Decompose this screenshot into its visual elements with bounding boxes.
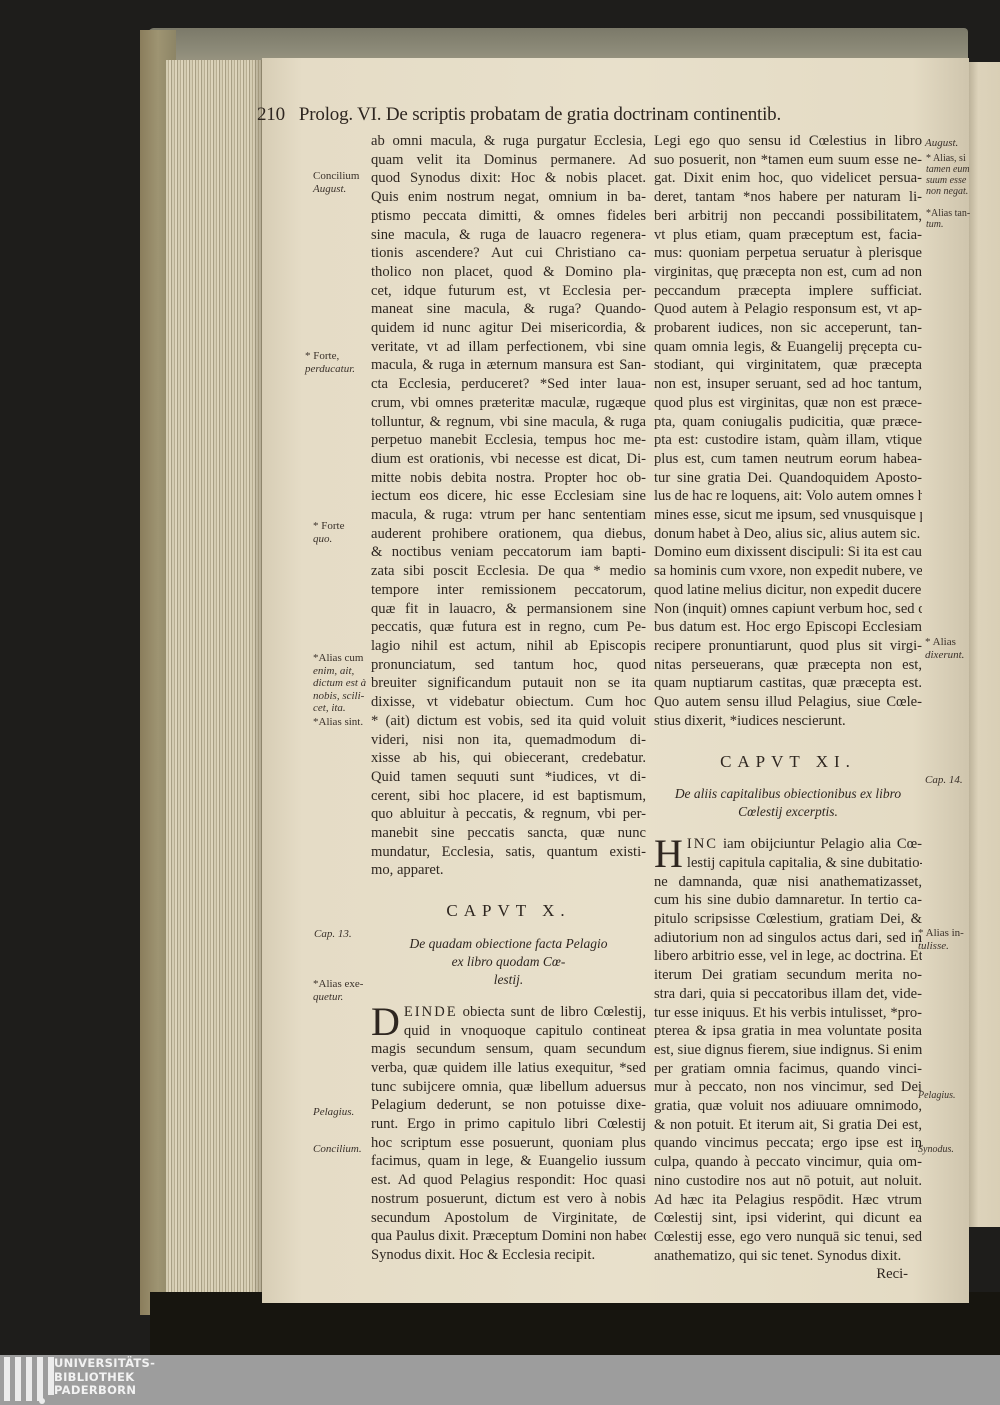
text-line: Synodus dixit. Hoc & Ecclesia recipit. xyxy=(371,1246,646,1265)
text-line: deret, tantam *nos habere per naturam li… xyxy=(654,188,922,207)
marginal-note-line: Pelagius. xyxy=(918,1090,956,1103)
dropcap-d: D xyxy=(371,1005,400,1039)
marginal-note-line: *Alias cum xyxy=(313,652,366,665)
text-line: quam nuptiarum castitas, quæ præcepta es… xyxy=(654,674,922,693)
running-head-title: Prolog. VI. De scriptis probatam de grat… xyxy=(299,104,781,125)
text-line: est, siue dignus fierem, siue indignus. … xyxy=(654,1041,922,1060)
chapter-x-subtitle: De quadam obiectione facta Pelagio ex li… xyxy=(371,935,646,989)
chapter-xi-body: H INCiam obijciuntur Pelagio alia Cœ-les… xyxy=(654,835,922,1284)
chapter-xi-subtitle-line: Cœlestij excerptis. xyxy=(654,803,922,821)
text-line: videri, nisi non ita, quemadmodum di- xyxy=(371,731,646,750)
text-line: suo posuerit, non *tamen eum suum esse n… xyxy=(654,151,922,170)
text-line: Quod autem à Pelagio responsum est, vt a… xyxy=(654,300,922,319)
text-line: * (ait) dictum est vobis, sed ita quid v… xyxy=(371,712,646,731)
logo-line: BIBLIOTHEK xyxy=(54,1371,155,1385)
running-head: 210Prolog. VI. De scriptis probatam de g… xyxy=(257,104,917,126)
marginal-note-line: dixerunt. xyxy=(925,649,964,662)
text-line: recipere pronuntiarunt, quod plus sit vi… xyxy=(654,637,922,656)
marginal-note-cap-13: Cap. 13. xyxy=(314,928,352,941)
marginal-note-line: tum. xyxy=(926,219,970,230)
text-line: quod latine melius dicitur, non expedit … xyxy=(654,581,922,600)
text-line: obiecta sunt de libro Cœlestij, xyxy=(463,1003,646,1022)
text-line: cerent, sibi hoc placere, id est baptism… xyxy=(371,787,646,806)
text-line: tur sine gratia Dei. Quandoquidem Aposto… xyxy=(654,469,922,488)
text-line: iam obijciuntur Pelagio alia Cœ- xyxy=(723,835,922,854)
text-line: pitulo scripsisse Cœlestium, gratiam Dei… xyxy=(654,910,922,929)
marginal-note-line: cet, ita. xyxy=(313,702,366,715)
text-line: nitas perseuerans, quæ præcepta non est, xyxy=(654,656,922,675)
marginal-note-line: quo. xyxy=(313,533,344,546)
page-number: 210 xyxy=(257,104,285,125)
text-line: dium est orationis, vbi necesse est dica… xyxy=(371,450,646,469)
text-line: pta, quam coniugalis pudicitia, quæ præc… xyxy=(654,413,922,432)
dropcap-h: H xyxy=(654,837,683,871)
marginal-note: Synodus. xyxy=(918,1144,954,1157)
text-line: mundatur, Ecclesia, satis, quantum exist… xyxy=(371,843,646,862)
marginal-note: *Alias tan- tum. xyxy=(926,208,970,230)
marginal-note-cap-14: Cap. 14. xyxy=(925,774,963,787)
text-line: quod plus est virginitas, quæ non est pr… xyxy=(654,394,922,413)
marginal-note-line: nobis, scili- xyxy=(313,690,366,703)
text-line: macula, & ruga: vtrum per hanc sententia… xyxy=(371,506,646,525)
text-line: quam velit ita Dominus permanere. Ad xyxy=(371,151,646,170)
text-line: secundum Apostolum de Virginitate, de xyxy=(371,1209,646,1228)
chapter-x-title: CAPVT X. xyxy=(371,902,646,921)
marginal-note-line: *Alias sint. xyxy=(313,716,363,729)
chapter-xi-subtitle-line: De aliis capitalibus obiectionibus ex li… xyxy=(654,785,922,803)
marginal-note: *Alias sint. xyxy=(313,716,363,729)
text-line: zata sibi poscit Ecclesia. De qua * medi… xyxy=(371,562,646,581)
text-line: breuiter significandum putauit non se it… xyxy=(371,674,646,693)
text-line: tholico non placet, quod & Domino pla- xyxy=(371,263,646,282)
text-line: tempore inter remissionem peccatorum, xyxy=(371,581,646,600)
marginal-note-line: non negat. xyxy=(926,186,970,197)
marginal-note: August. xyxy=(925,137,958,150)
chapter-x-body: D EINDEobiecta sunt de libro Cœlestij,qu… xyxy=(371,1003,646,1265)
text-line: tionis ascendere? Aut cui Christiano ca- xyxy=(371,244,646,263)
left-column: ab omni macula, & ruga purgatur Ecclesia… xyxy=(371,132,646,1265)
text-line: gat. Dixit enim hoc, quo videlicet persu… xyxy=(654,169,922,188)
text-line: Cœlestij sint, ipsi viderint, qui dicunt… xyxy=(654,1209,922,1228)
text-line: cet, idque futurum est, vt Ecclesia per- xyxy=(371,282,646,301)
text-line: facimus, quam in lege, & Euangelio iussu… xyxy=(371,1152,646,1171)
book-scan: 210Prolog. VI. De scriptis probatam de g… xyxy=(0,0,1000,1355)
text-line: anathematizo, qui sic tenet. Synodus dix… xyxy=(654,1247,922,1266)
text-line: tur esse iniquus. Et his verbis intuliss… xyxy=(654,1004,922,1023)
text-line: non est, insuper seruant, sed ad hoc tan… xyxy=(654,375,922,394)
text-line: macula, & ruga in æternum mansura est Sa… xyxy=(371,356,646,375)
text-line: verba, quæ quidem ille latius exequitur,… xyxy=(371,1059,646,1078)
marginal-note: Concilium. xyxy=(313,1143,362,1156)
library-logo-dot-icon xyxy=(39,1398,45,1404)
text-line: sine macula, & ruga de lauacro regenera- xyxy=(371,226,646,245)
text-line: stius dixerit, *iudices nescierunt. xyxy=(654,712,922,731)
marginal-note-line: * Alias, si xyxy=(926,153,970,164)
text-line: hoc scriptum esse posuerunt, quoniam plu… xyxy=(371,1134,646,1153)
text-line: mur à peccato, non nos vincimur, sed Dei xyxy=(654,1078,922,1097)
text-line: probarent iudices, non sic acceperunt, t… xyxy=(654,319,922,338)
text-line: tolluntur, & regnum, vbi sine macula, & … xyxy=(371,413,646,432)
text-line: libero arbitrio esse, vel in lege, ac do… xyxy=(654,947,922,966)
text-line: stra dari, quia si peccatoribus illam de… xyxy=(654,985,922,1004)
text-line: Ad hæc ita Pelagius respōdit. Hæc vtrum xyxy=(654,1191,922,1210)
marginal-note-line: Cap. 14. xyxy=(925,774,963,787)
marginal-note: * Forte, perducatur. xyxy=(305,350,355,375)
marginal-note: * Alias dixerunt. xyxy=(925,636,964,661)
logo-line: PADERBORN xyxy=(54,1384,155,1398)
marginal-note-line: * Alias xyxy=(925,636,964,649)
text-line: dixisse, vt videbatur obiectum. Cum hoc xyxy=(371,693,646,712)
text-line: Cœlestij esse, ego vero nunquā sic tenui… xyxy=(654,1228,922,1247)
marginal-note-line: * Forte, xyxy=(305,350,355,363)
text-line: runt. Ergo in primo capitulo libri Cœles… xyxy=(371,1115,646,1134)
text-line: qua Paulus dixit. Præceptum Domini non h… xyxy=(371,1227,646,1246)
text-line: iectum eos dicere, hic esse Ecclesiam si… xyxy=(371,487,646,506)
text-line: nostrum posuerunt, dictum est vero à nob… xyxy=(371,1190,646,1209)
text-line: lus de hac re loquens, ait: Volo autem o… xyxy=(654,487,922,506)
opening-word-smallcaps: INC xyxy=(687,835,718,854)
text-line: adiutorium non ad singulos actus dari, s… xyxy=(654,929,922,948)
text-line: pronunciatum, sed tantum hoc, quod xyxy=(371,656,646,675)
text-line: iterum Dei gratiam secundum merita no- xyxy=(654,966,922,985)
text-line: quid in vnoquoque capitulo contineat xyxy=(404,1022,646,1041)
text-line: cum his sine dubio damnaretur. In tertio… xyxy=(654,891,922,910)
marginal-note-line: tamen eum xyxy=(926,164,970,175)
opening-word-smallcaps: EINDE xyxy=(404,1003,458,1022)
text-line: mo, apparet. xyxy=(371,861,646,880)
left-column-text-block: ab omni macula, & ruga purgatur Ecclesia… xyxy=(371,132,646,880)
text-line: nino custodire nos aut nō potuit, aut no… xyxy=(654,1172,922,1191)
marginal-note: *Alias cum enim, ait, dictum est à nobis… xyxy=(313,652,366,715)
right-column: Legi ego quo sensu id Cœlestius in libro… xyxy=(654,132,922,1284)
logo-line: UNIVERSITÄTS- xyxy=(54,1357,155,1371)
marginal-note-line: perducatur. xyxy=(305,363,355,376)
marginal-note-line: *Alias exe- xyxy=(313,978,363,991)
text-line: culpa, quando à peccato vincimur, quia o… xyxy=(654,1153,922,1172)
chapter-x-subtitle-line: ex libro quodam Cœ- xyxy=(371,953,646,971)
chapter-x-subtitle-line: De quadam obiectione facta Pelagio xyxy=(371,935,646,953)
text-line: mines esse, sicut me ipsum, sed vnusquis… xyxy=(654,506,922,525)
text-line: bus datum est. Hoc ergo Episcopi Ecclesi… xyxy=(654,618,922,637)
marginal-note-line: Concilium. xyxy=(313,1143,362,1156)
text-line: quam omnia legis, & Euangelij pręcepta c… xyxy=(654,338,922,357)
marginal-note-line: Synodus. xyxy=(918,1144,954,1157)
marginal-note: * Alias, si tamen eum suum esse non nega… xyxy=(926,153,970,197)
marginal-note: * Alias in- tulisse. xyxy=(918,927,964,952)
page-block-edges xyxy=(166,60,262,1303)
text-line: ptismo peccata dimitti, & omnes fideles xyxy=(371,207,646,226)
library-logo-text[interactable]: UNIVERSITÄTS- BIBLIOTHEK PADERBORN xyxy=(54,1357,155,1398)
text-line: pterea & ipsa gratia in mea voluntate po… xyxy=(654,1022,922,1041)
marginal-note-line: suum esse xyxy=(926,175,970,186)
footer-bar: UNIVERSITÄTS- BIBLIOTHEK PADERBORN xyxy=(0,1355,1000,1405)
text-line: beri arbitrij non peccandi possibilitate… xyxy=(654,207,922,226)
text-line: per gratiam omnia facimus, quando vinci- xyxy=(654,1060,922,1079)
text-line: Domino eum dixissent discipuli: Si ita e… xyxy=(654,543,922,562)
text-line: xisse ab his, qui obiecerant, credebatur… xyxy=(371,749,646,768)
marginal-note-line: *Alias tan- xyxy=(926,208,970,219)
text-line: magis secundum sensum, quam secundum xyxy=(371,1040,646,1059)
text-line: pta est: custodire istam, quàm illam, vt… xyxy=(654,431,922,450)
text-line: Non (inquit) omnes capiunt verbum hoc, s… xyxy=(654,600,922,619)
text-line: lagio nihil est actum, nihil ab Episcopi… xyxy=(371,637,646,656)
marginal-note-line: enim, ait, xyxy=(313,665,366,678)
text-line: lestij capitula capitalia, & sine dubita… xyxy=(687,854,922,873)
text-line: peccatis, quæ futura est in regno, cum P… xyxy=(371,618,646,637)
text-line: est. Ad quod Pelagius respondit: Hoc qua… xyxy=(371,1171,646,1190)
marginal-note: * Forte quo. xyxy=(313,520,344,545)
marginal-note-line: * Forte xyxy=(313,520,344,533)
marginal-note-line: August. xyxy=(313,183,359,196)
text-line: cta Ecclesia, perduceret? *Sed inter lau… xyxy=(371,375,646,394)
marginal-note: Concilium August. xyxy=(313,170,359,195)
text-line: tunc subijcere omnia, quæ libellum aduer… xyxy=(371,1078,646,1097)
text-line: sa hominis cum vxore, non expedit nubere… xyxy=(654,562,922,581)
text-line: auderent prohibere orationem, qua diebus… xyxy=(371,525,646,544)
text-line: manebit sine peccatis sancta, quæ nunc xyxy=(371,824,646,843)
text-line: perpetuo manebit Ecclesia, tempus hoc me… xyxy=(371,431,646,450)
marginal-note: *Alias exe- quetur. xyxy=(313,978,363,1003)
text-line: vt plus etiam, quam præceptum est, facia… xyxy=(654,226,922,245)
text-line: veritate, vt ad illam perfectionem, vbi … xyxy=(371,338,646,357)
text-line: & non potuit. Et iterum ait, Si gratia D… xyxy=(654,1116,922,1135)
right-column-text-block: Legi ego quo sensu id Cœlestius in libro… xyxy=(654,132,922,731)
text-line: crum, vbi omnes præteritæ maculæ, rugæqu… xyxy=(371,394,646,413)
text-line: Quo autem sensu illud Pelagius, siue Cœl… xyxy=(654,693,922,712)
text-line: quidem id nunc agitur Dei misericordia, … xyxy=(371,319,646,338)
marginal-note-line: tulisse. xyxy=(918,940,964,953)
text-line: donum habet à Deo, alius sic, alius aute… xyxy=(654,525,922,544)
marginal-note-line: Pelagius. xyxy=(313,1106,354,1119)
text-line: & noctibus veniam peccatorum iam bapti- xyxy=(371,543,646,562)
text-line: quod Synodus dixit: Hoc & nobis placet. xyxy=(371,169,646,188)
marginal-note-line: dictum est à xyxy=(313,677,366,690)
text-line: quando vincimus peccata; ergo ipse est i… xyxy=(654,1134,922,1153)
marginal-note-line: Cap. 13. xyxy=(314,928,352,941)
text-line: stodiant, qui virginitatem, quæ præcepta xyxy=(654,356,922,375)
text-line: Quid tamen sequuti sunt *iudices, vt di- xyxy=(371,768,646,787)
marginal-note-line: quetur. xyxy=(313,991,363,1004)
text-line: ne damnanda, quæ nisi anathematizasset, xyxy=(654,873,922,892)
text-line: mitte nobis debita nostra. Propter hoc o… xyxy=(371,469,646,488)
text-line: gratia, quæ voluit nos adiuuare omnimodo… xyxy=(654,1097,922,1116)
catchword: Reci- xyxy=(654,1265,922,1284)
chapter-xi-title: CAPVT XI. xyxy=(654,753,922,772)
text-line: maneat sine macula, & ruga? Quando- xyxy=(371,300,646,319)
chapter-xi-subtitle: De aliis capitalibus obiectionibus ex li… xyxy=(654,785,922,821)
text-line: Quis enim nostrum negat, omnium in ba- xyxy=(371,188,646,207)
marginal-note-line: * Alias in- xyxy=(918,927,964,940)
marginal-note: Pelagius. xyxy=(918,1090,956,1103)
text-line: ab omni macula, & ruga purgatur Ecclesia… xyxy=(371,132,646,151)
marginal-note: Pelagius. xyxy=(313,1106,354,1119)
text-line: virginitas, quę præcepta non est, cum ad… xyxy=(654,263,922,282)
library-logo-icon xyxy=(4,1357,54,1403)
text-line: Pelagium dederunt, se non potuisse dixe- xyxy=(371,1096,646,1115)
text-line: Legi ego quo sensu id Cœlestius in libro xyxy=(654,132,922,151)
marginal-note-line: August. xyxy=(925,137,958,150)
text-line: quæ fit in lauacro, & permansionem sine xyxy=(371,600,646,619)
text-line: peccandum præcepta implere sufficiat. xyxy=(654,282,922,301)
text-line: quo abluitur à peccatis, & regnum, vbi p… xyxy=(371,805,646,824)
text-line: plus est, cum tamen neutrum eorum habea- xyxy=(654,450,922,469)
marginal-note-line: Concilium xyxy=(313,170,359,183)
text-line: mus: quoniam perpetua seruatur à plerisq… xyxy=(654,244,922,263)
facing-page-edge xyxy=(969,62,1000,1227)
chapter-x-subtitle-line: lestij. xyxy=(371,971,646,989)
